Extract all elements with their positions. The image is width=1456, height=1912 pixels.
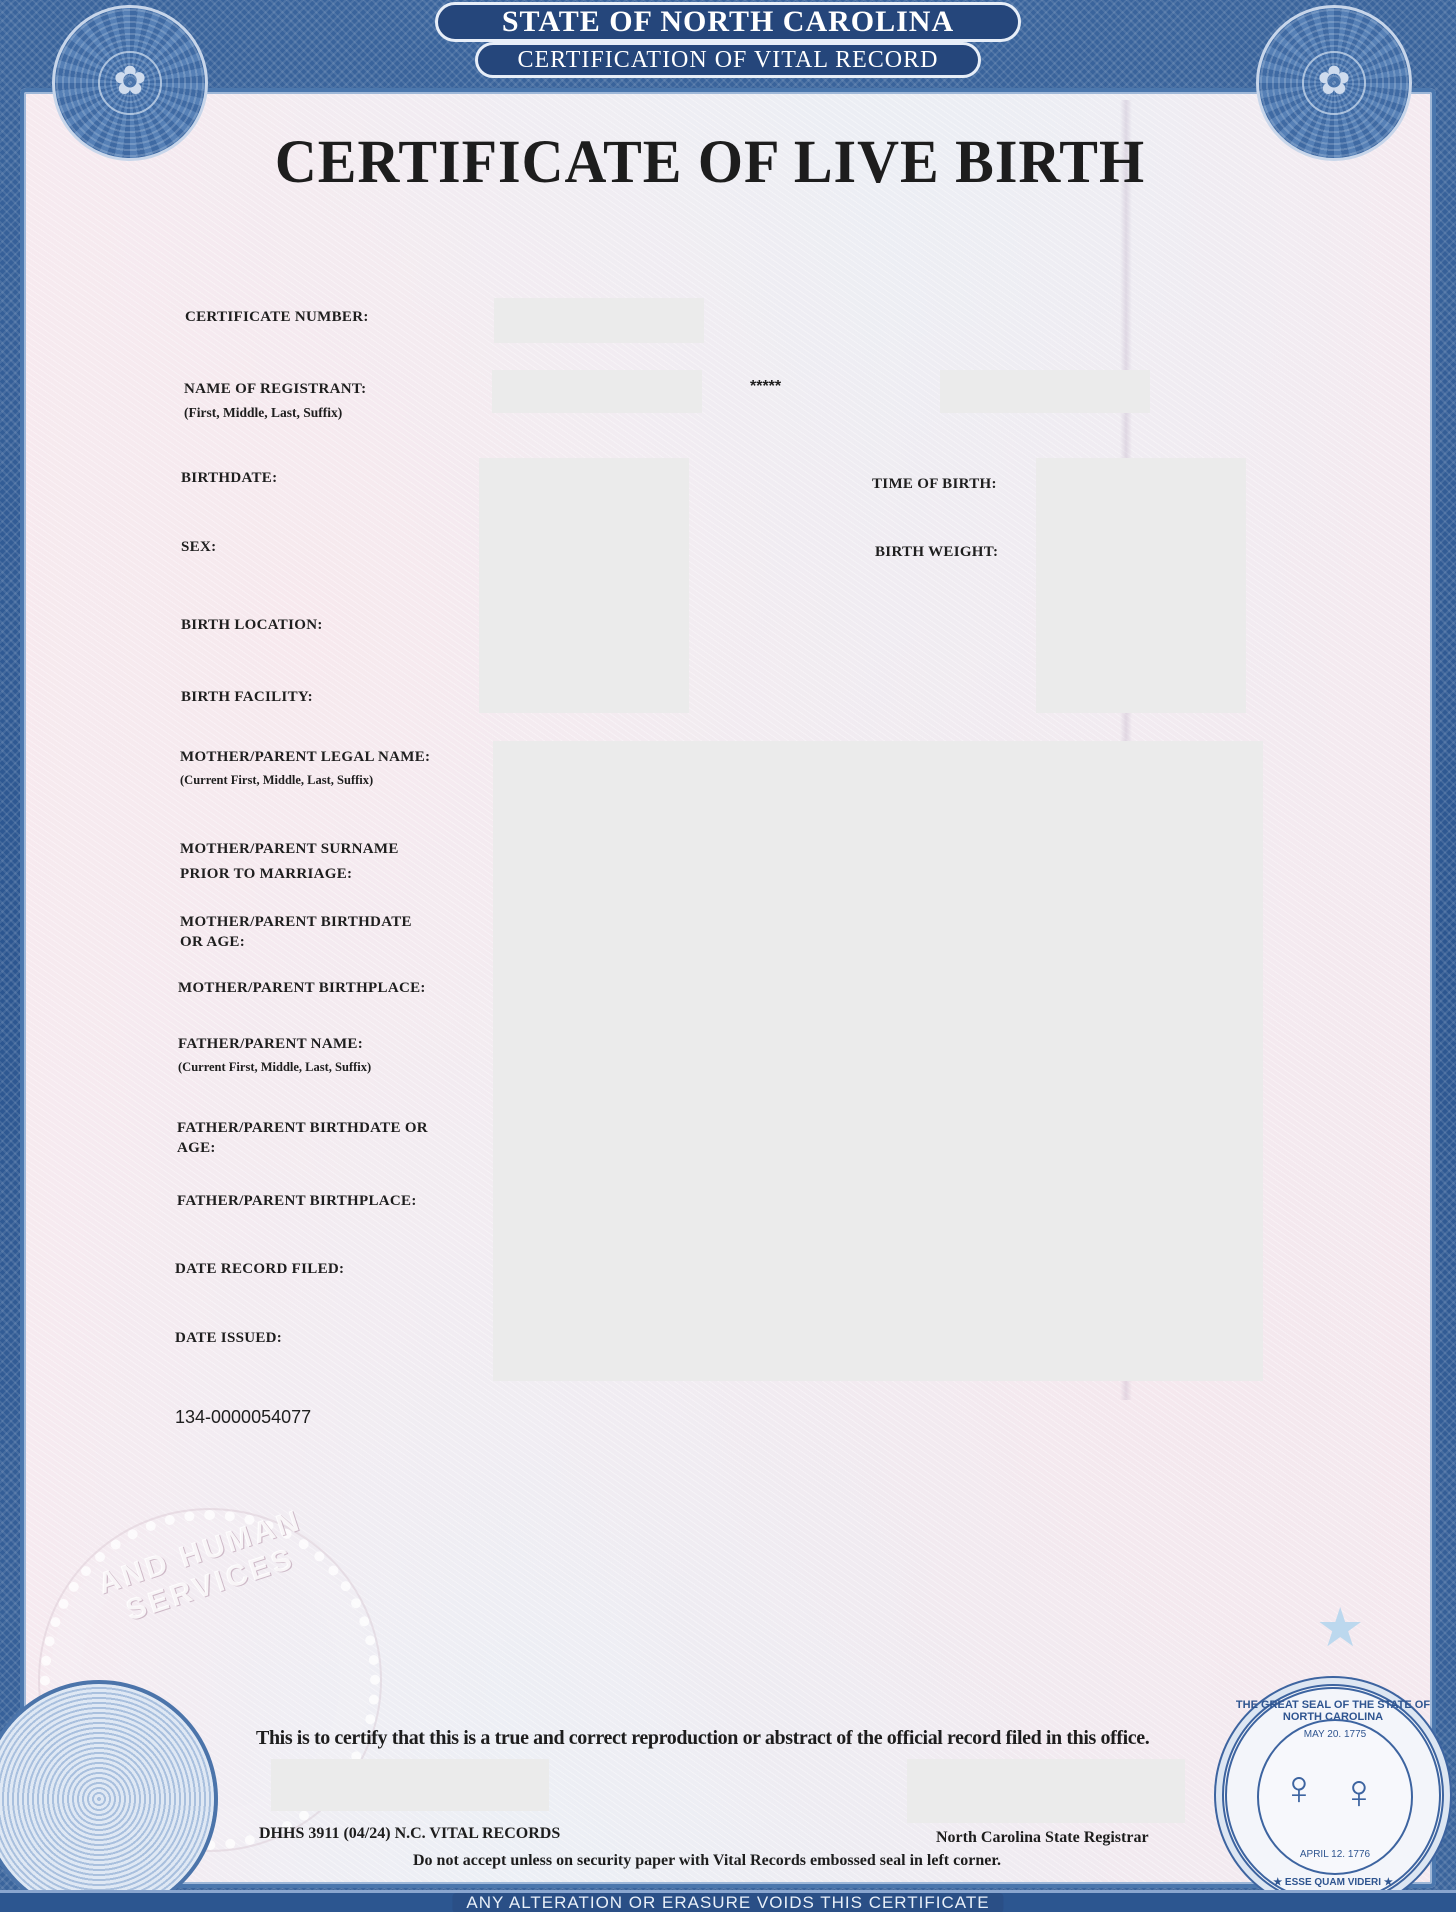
document-title: CERTIFICATE OF LIVE BIRTH [0,126,1420,196]
certificate-number-label: CERTIFICATE NUMBER: [185,307,369,327]
state-banner: STATE OF NORTH CAROLINA [435,2,1021,42]
mother-birthplace-label: MOTHER/PARENT BIRTHPLACE: [178,978,426,998]
flower-icon: ✿ [98,51,162,115]
birth-weight-label: BIRTH WEIGHT: [875,542,998,562]
certification-statement: This is to certify that this is a true a… [256,1727,1149,1750]
birth-time-weight-redacted [1036,458,1246,713]
registrar-signature-redacted [907,1759,1185,1823]
sex-label: SEX: [181,537,216,557]
mother-surname-label-line1: MOTHER/PARENT SURNAME [180,839,399,859]
seal-date-top: MAY 20. 1775 [1259,1729,1411,1740]
seal-date-bottom: APRIL 12. 1776 [1259,1849,1411,1860]
certification-banner: CERTIFICATION OF VITAL RECORD [475,42,981,78]
registrant-name-redacted [492,370,702,413]
date-issued-label: DATE ISSUED: [175,1328,282,1348]
father-name-sublabel: (Current First, Middle, Last, Suffix) [178,1059,371,1075]
seal-motto: ★ ESSE QUAM VIDERI ★ [1227,1877,1439,1888]
birth-facility-label: BIRTH FACILITY: [181,687,313,707]
registrant-name-sublabel: (First, Middle, Last, Suffix) [184,405,342,421]
registrant-masked-value: ***** [750,378,781,396]
mother-legal-name-label: MOTHER/PARENT LEGAL NAME: [180,747,430,767]
security-notice: Do not accept unless on security paper w… [413,1852,1001,1870]
date-record-filed-label: DATE RECORD FILED: [175,1259,344,1279]
birth-location-label: BIRTH LOCATION: [181,615,323,635]
birth-details-redacted [479,458,689,713]
mother-legal-name-sublabel: (Current First, Middle, Last, Suffix) [180,772,373,788]
father-birthplace-label: FATHER/PARENT BIRTHPLACE: [177,1191,417,1211]
liberty-figure-icon: ♀ [1281,1761,1317,1816]
mother-birthdate-label-line2: OR AGE: [180,932,245,952]
registrant-name-label: NAME OF REGISTRANT: [184,379,366,399]
date-signature-redacted [271,1759,549,1811]
registrant-surname-redacted [940,370,1150,413]
seal-center: MAY 20. 1775 ♀ ♀ APRIL 12. 1776 [1257,1719,1413,1875]
time-of-birth-label: TIME OF BIRTH: [872,474,997,494]
mother-birthdate-label-line1: MOTHER/PARENT BIRTHDATE [180,912,412,932]
certificate-number-redacted [494,298,704,343]
document-control-number: 134-0000054077 [175,1407,311,1428]
star-icon: ★ [1316,1601,1364,1655]
flower-icon: ✿ [1302,51,1366,115]
father-birthdate-label-line2: AGE: [177,1138,216,1158]
father-name-label: FATHER/PARENT NAME: [178,1034,363,1054]
father-birthdate-label-line1: FATHER/PARENT BIRTHDATE OR [177,1118,428,1138]
birthdate-label: BIRTHDATE: [181,468,277,488]
mother-surname-label-line2: PRIOR TO MARRIAGE: [180,864,352,884]
plenty-figure-icon: ♀ [1341,1765,1377,1820]
form-identifier: DHHS 3911 (04/24) N.C. VITAL RECORDS [259,1825,560,1843]
parent-and-record-details-redacted [493,741,1263,1381]
great-seal-of-north-carolina: THE GREAT SEAL OF THE STATE OF NORTH CAR… [1222,1684,1444,1906]
alteration-warning: ANY ALTERATION OR ERASURE VOIDS THIS CER… [452,1893,1003,1912]
registrar-title: North Carolina State Registrar [936,1829,1149,1847]
